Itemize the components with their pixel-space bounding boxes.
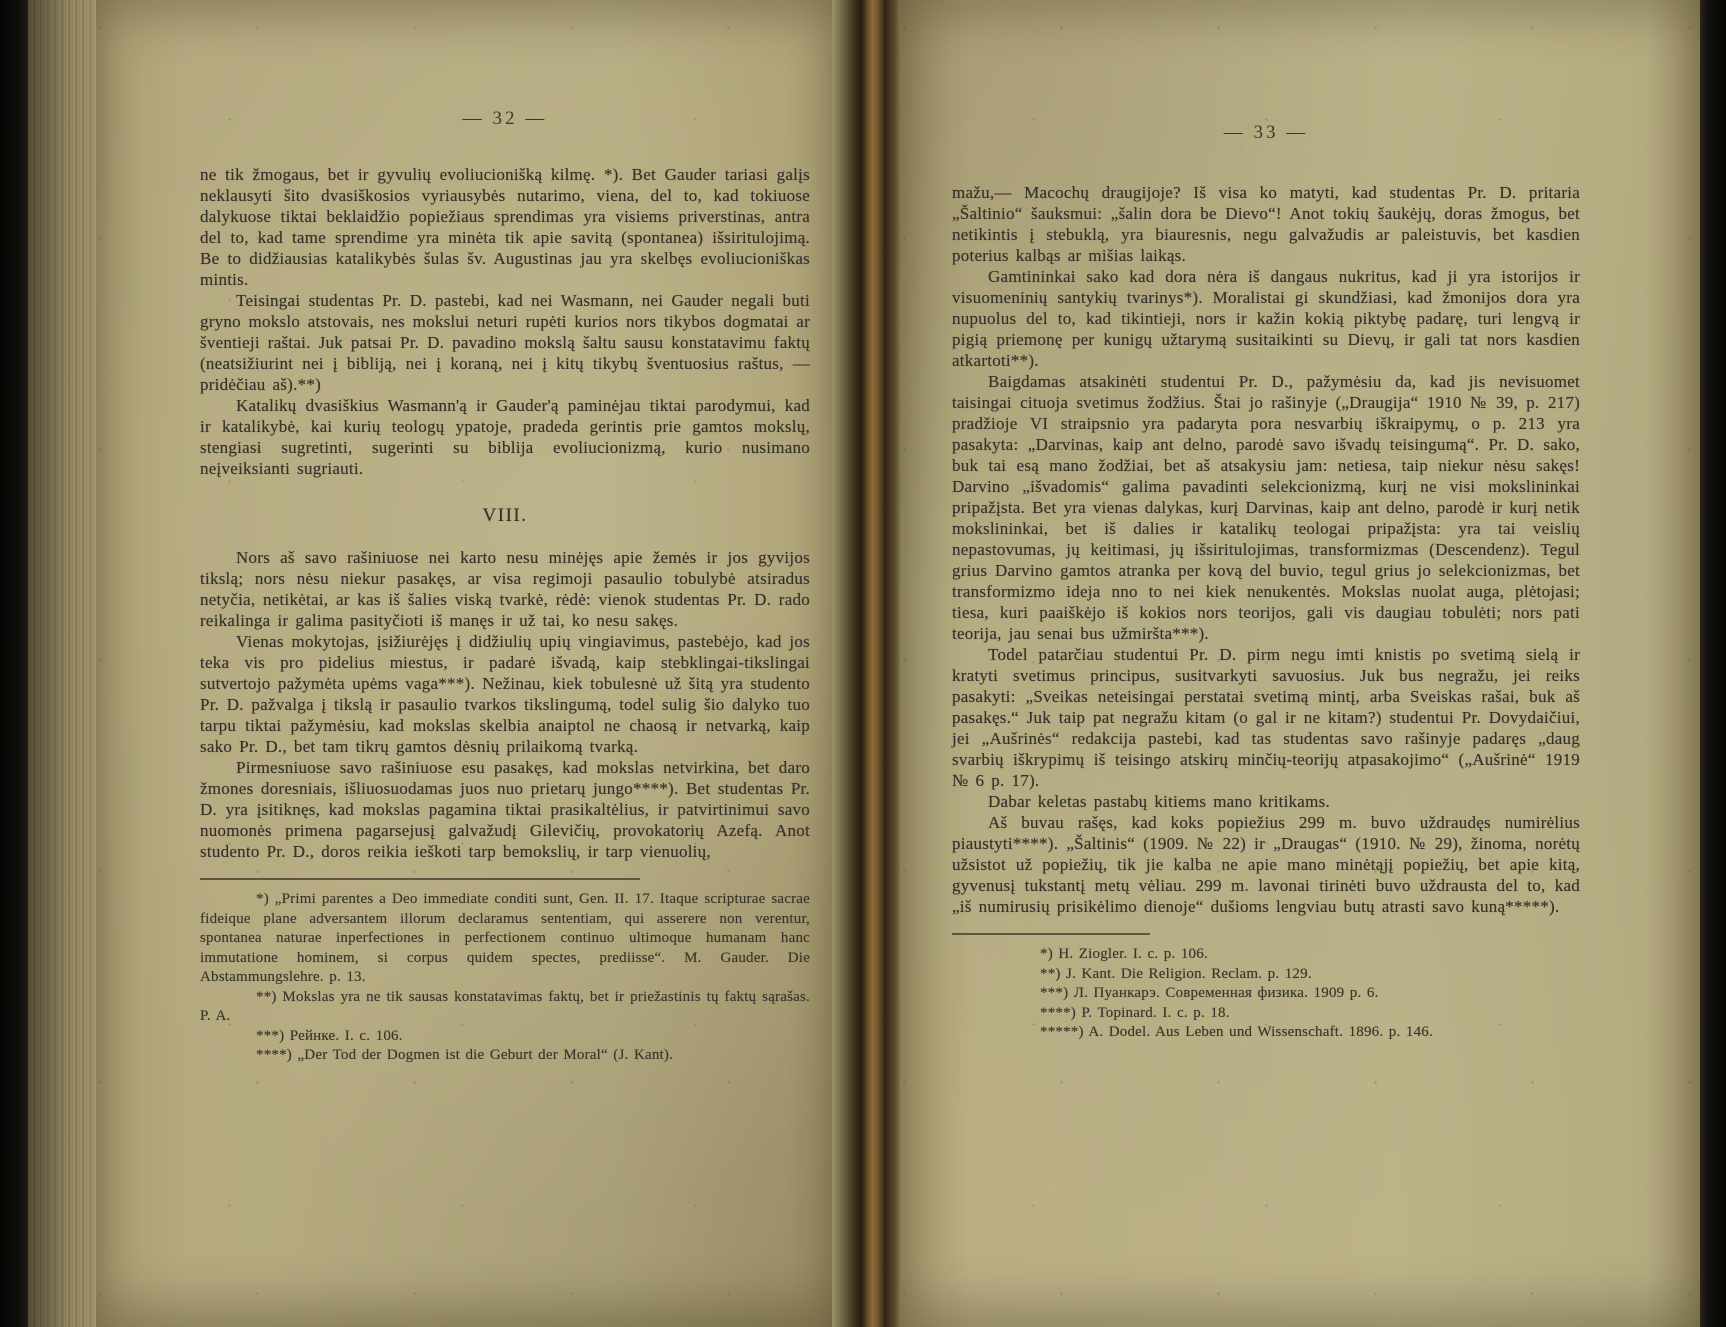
paragraph: Todel patarčiau studentui Pr. D. pirm ne… — [952, 644, 1580, 791]
book-scan: — 32 — ne tik žmogaus, bet ir gyvulių ev… — [0, 0, 1726, 1327]
paragraph: Teisingai studentas Pr. D. pastebi, kad … — [200, 290, 810, 395]
footnote: ***) Рейнке. I. c. 106. — [200, 1027, 810, 1047]
paragraph: Vienas mokytojas, įsižiurėjęs į didžiuli… — [200, 631, 810, 757]
page-right: — 33 — mažu,— Macochų draugijoje? Iš vis… — [900, 0, 1700, 1327]
footnote: *) H. Ziogler. I. c. p. 106. — [1040, 945, 1580, 965]
paragraph: Gamtininkai sako kad dora nėra iš dangau… — [952, 266, 1580, 371]
footnote: ****) P. Topinard. I. c. p. 18. — [1040, 1004, 1580, 1024]
paragraph: Nors aš savo rašiniuose nei karto nesu m… — [200, 547, 810, 631]
footnote-rule-left — [200, 878, 640, 880]
paragraph: ne tik žmogaus, bet ir gyvulių evoliucio… — [200, 164, 810, 290]
footnote: ***) Л. Пуанкарэ. Современная физика. 19… — [1040, 984, 1580, 1004]
paragraph: mažu,— Macochų draugijoje? Iš visa ko ma… — [952, 182, 1580, 266]
scan-edge-left — [0, 0, 30, 1327]
footnotes-left: *) „Primi parentes a Deo immediate condi… — [200, 890, 810, 1066]
section-heading: VIII. — [200, 505, 810, 527]
scan-edge-right — [1700, 0, 1726, 1327]
page-left-body: ne tik žmogaus, bet ir gyvulių evoliucio… — [200, 164, 810, 862]
page-left-column: — 32 — ne tik žmogaus, bet ir gyvulių ev… — [200, 108, 810, 1066]
footnote: *****) A. Dodel. Aus Leben und Wissensch… — [1040, 1023, 1580, 1043]
paragraph: Dabar keletas pastabų kitiems mano kriti… — [952, 791, 1580, 812]
book-spine — [832, 0, 902, 1327]
page-left: — 32 — ne tik žmogaus, bet ir gyvulių ev… — [96, 0, 834, 1327]
book-fore-edge — [28, 0, 102, 1327]
page-right-body: mažu,— Macochų draugijoje? Iš visa ko ma… — [952, 182, 1580, 917]
paragraph: Aš buvau rašęs, kad koks popiežius 299 m… — [952, 812, 1580, 917]
page-right-column: — 33 — mažu,— Macochų draugijoje? Iš vis… — [952, 122, 1580, 1043]
footnote: **) Mokslas yra ne tik sausas konstatavi… — [200, 988, 810, 1027]
footnote-rule-right — [952, 933, 1150, 935]
paragraph: Baigdamas atsakinėti studentui Pr. D., p… — [952, 371, 1580, 644]
paragraph: Katalikų dvasiškius Wasmann'ą ir Gauder'… — [200, 395, 810, 479]
paragraph: Pirmesniuose savo rašiniuose esu pasakęs… — [200, 757, 810, 862]
page-number-left: — 32 — — [200, 108, 810, 130]
footnote: *) „Primi parentes a Deo immediate condi… — [200, 890, 810, 988]
page-number-right: — 33 — — [952, 122, 1580, 144]
footnotes-right: *) H. Ziogler. I. c. p. 106.**) J. Kant.… — [952, 945, 1580, 1043]
footnote: **) J. Kant. Die Religion. Reclam. p. 12… — [1040, 965, 1580, 985]
footnote: ****) „Der Tod der Dogmen ist die Geburt… — [200, 1046, 810, 1066]
